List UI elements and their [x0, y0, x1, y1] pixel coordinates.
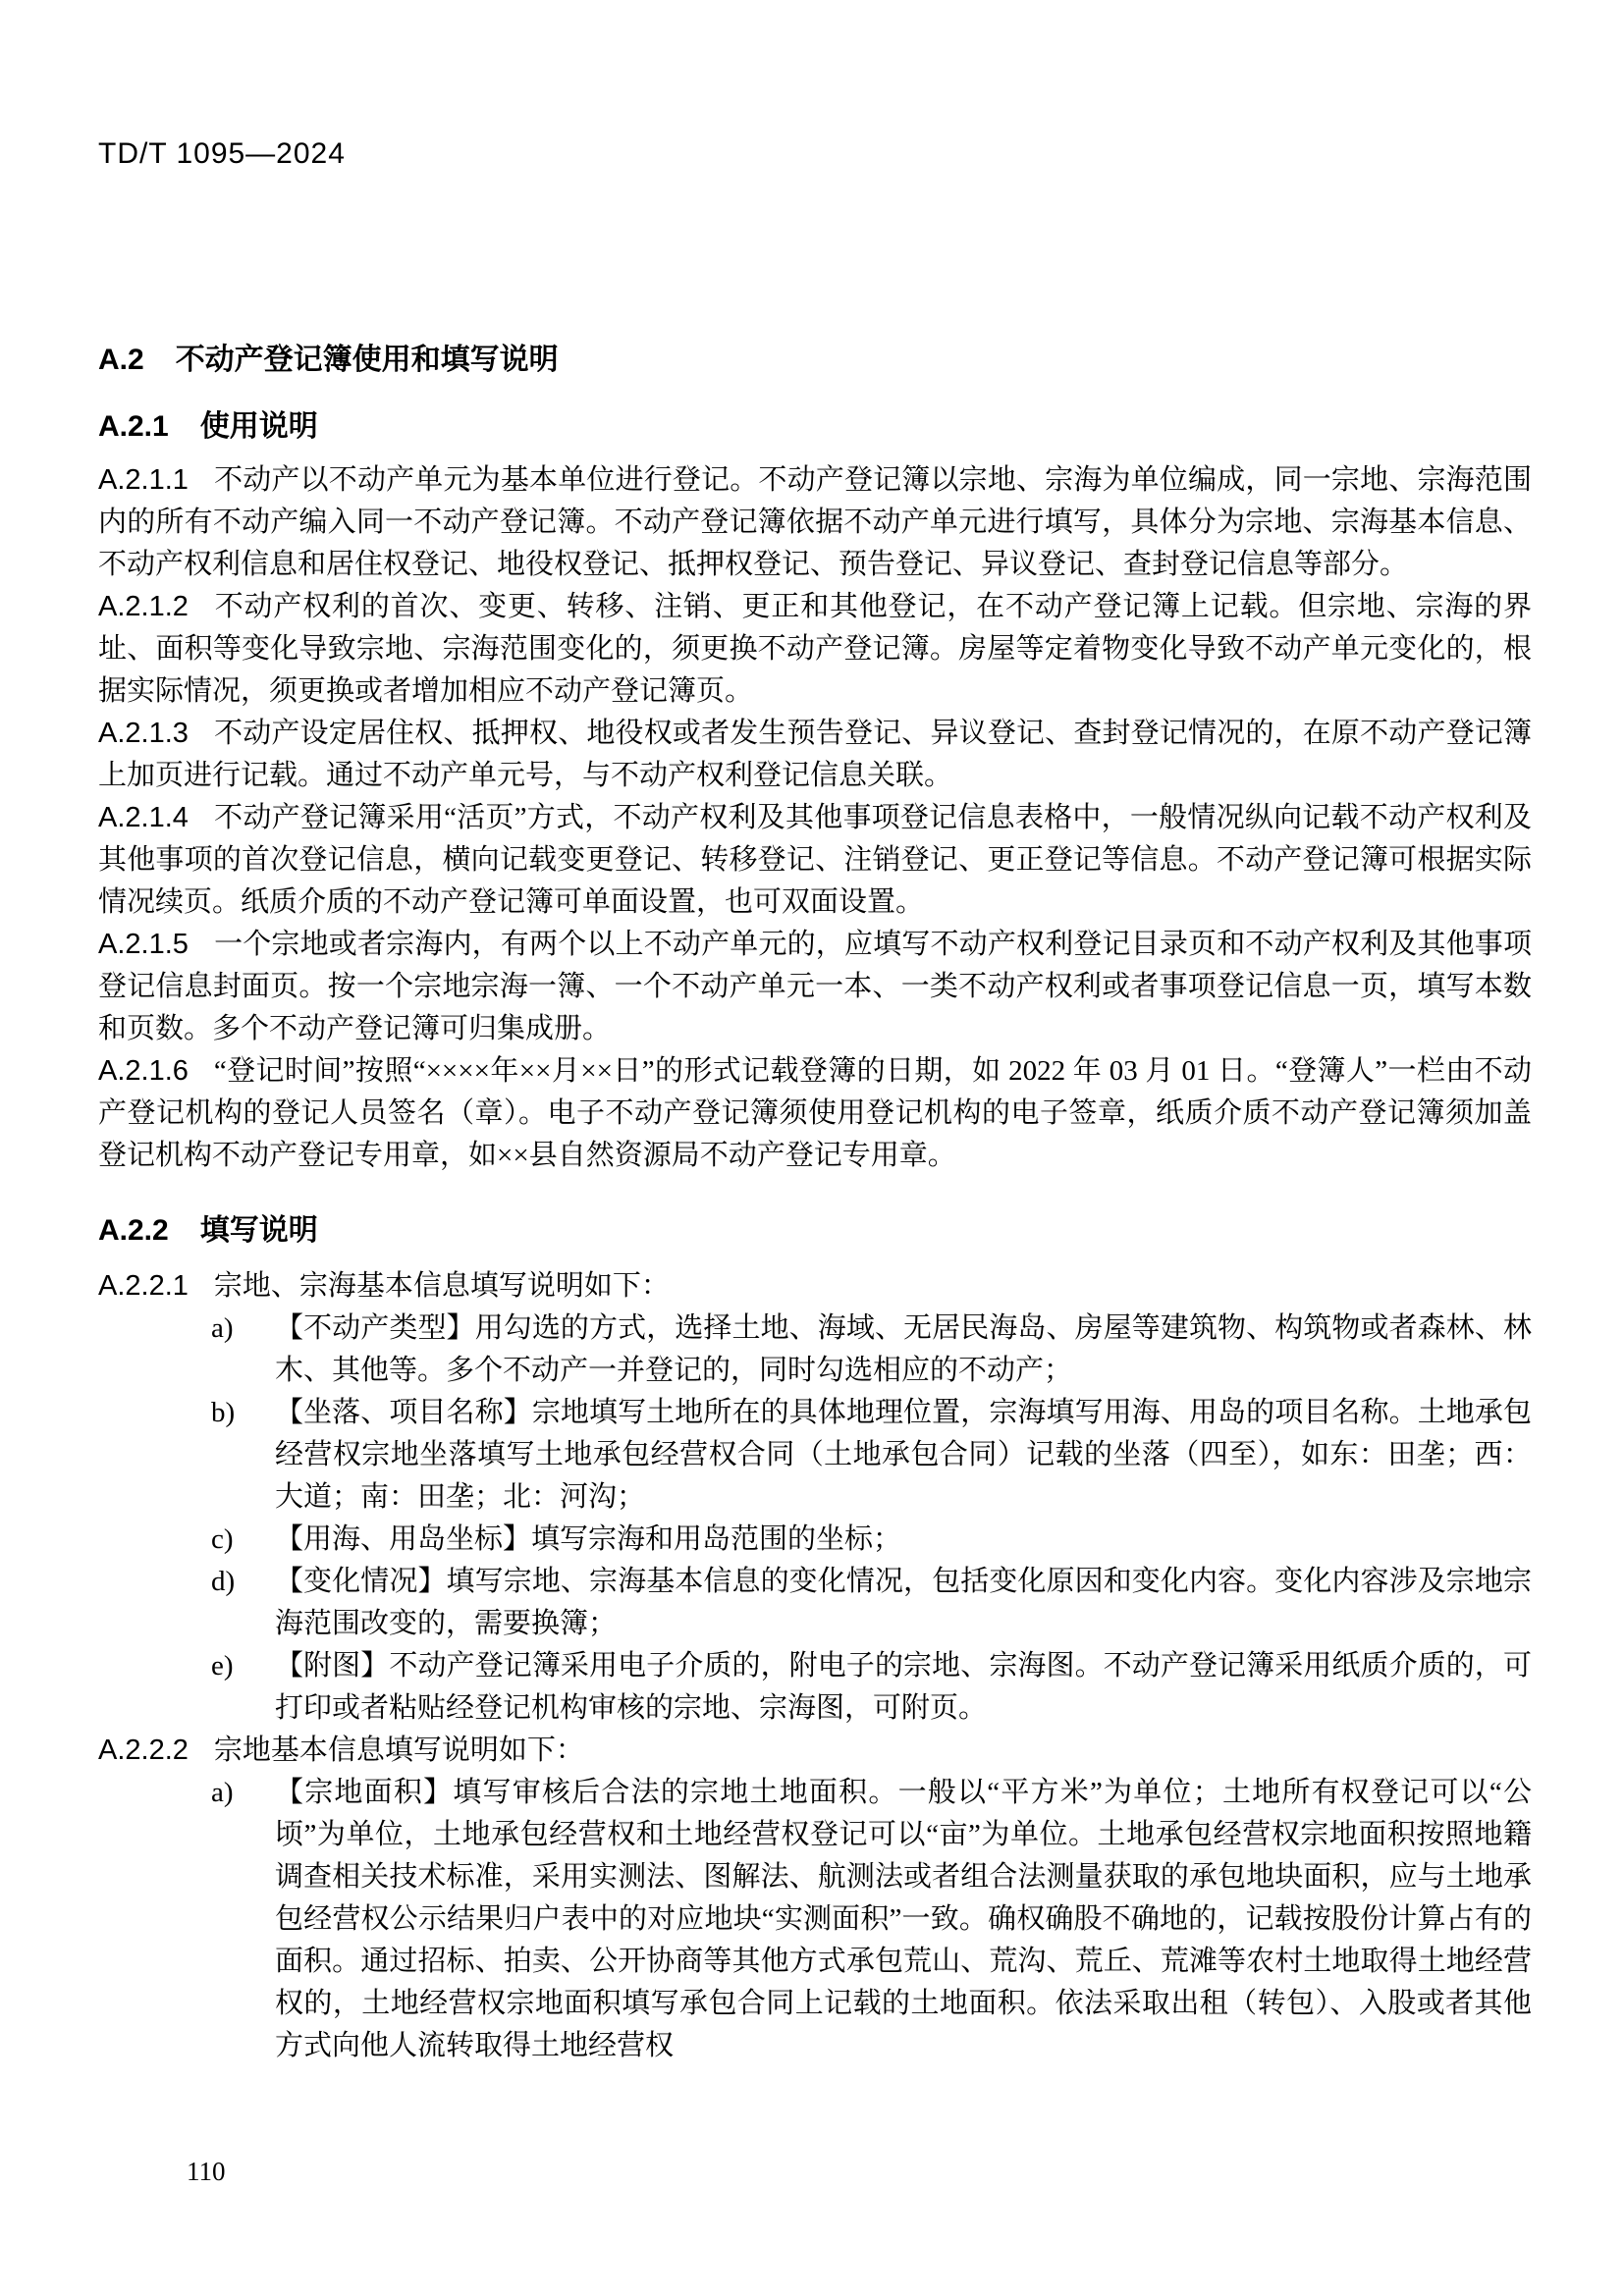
- list-a221: a)【不动产类型】用勾选的方式，选择土地、海域、无居民海岛、房屋等建筑物、构筑物…: [98, 1308, 1532, 1730]
- section-number: A.2: [98, 344, 144, 376]
- list-a222: a)【宗地面积】填写审核后合法的宗地土地面积。一般以“平方米”为单位；土地所有权…: [98, 1772, 1532, 2067]
- list-marker: d): [211, 1561, 235, 1603]
- list-marker: c): [211, 1519, 234, 1561]
- clause-text: 不动产以不动产单元为基本单位进行登记。不动产登记簿以宗地、宗海为单位编成，同一宗…: [98, 464, 1532, 580]
- clause-number: A.2.1.3: [98, 718, 189, 749]
- section-heading-a21: A.2.1使用说明: [98, 404, 1532, 450]
- list-item-text: 【坐落、项目名称】宗地填写土地所在的具体地理位置，宗海填写用海、用岛的项目名称。…: [275, 1397, 1532, 1513]
- section-number: A.2.2: [98, 1214, 169, 1247]
- list-item-text: 【不动产类型】用勾选的方式，选择土地、海域、无居民海岛、房屋等建筑物、构筑物或者…: [275, 1312, 1532, 1386]
- clause-a214: A.2.1.4不动产登记簿采用“活页”方式，不动产权利及其他事项登记信息表格中，…: [98, 797, 1532, 924]
- clause-a216: A.2.1.6“登记时间”按照“××××年××月××日”的形式记载登簿的日期，如…: [98, 1050, 1532, 1177]
- list-item-a: a)【宗地面积】填写审核后合法的宗地土地面积。一般以“平方米”为单位；土地所有权…: [98, 1772, 1532, 2067]
- clause-number: A.2.1.2: [98, 591, 189, 622]
- list-marker: a): [211, 1308, 234, 1350]
- clause-text: 宗地基本信息填写说明如下：: [214, 1735, 584, 1766]
- list-item-a: a)【不动产类型】用勾选的方式，选择土地、海域、无居民海岛、房屋等建筑物、构筑物…: [98, 1308, 1532, 1392]
- list-item-text: 【变化情况】填写宗地、宗海基本信息的变化情况，包括变化原因和变化内容。变化内容涉…: [275, 1566, 1532, 1639]
- clause-a222: A.2.2.2宗地基本信息填写说明如下：: [98, 1730, 1532, 1772]
- section-title: 不动产登记簿使用和填写说明: [176, 344, 559, 376]
- clause-a221: A.2.2.1宗地、宗海基本信息填写说明如下：: [98, 1265, 1532, 1308]
- section-number: A.2.1: [98, 410, 169, 443]
- section-heading-a22: A.2.2填写说明: [98, 1208, 1532, 1254]
- clause-number: A.2.2.1: [98, 1270, 189, 1302]
- clause-text: 不动产设定居住权、抵押权、地役权或者发生预告登记、异议登记、查封登记情况的，在原…: [98, 718, 1532, 791]
- list-item-text: 【附图】不动产登记簿采用电子介质的，附电子的宗地、宗海图。不动产登记簿采用纸质介…: [275, 1650, 1532, 1724]
- clause-text: “登记时间”按照“××××年××月××日”的形式记载登簿的日期，如 2022 年…: [98, 1055, 1532, 1171]
- clause-number: A.2.1.4: [98, 802, 189, 833]
- clause-number: A.2.2.2: [98, 1735, 189, 1766]
- clause-number: A.2.1.6: [98, 1055, 189, 1087]
- clause-text: 不动产登记簿采用“活页”方式，不动产权利及其他事项登记信息表格中，一般情况纵向记…: [98, 802, 1532, 918]
- list-item-text: 【宗地面积】填写审核后合法的宗地土地面积。一般以“平方米”为单位；土地所有权登记…: [275, 1777, 1532, 2061]
- section-title: 使用说明: [200, 410, 318, 443]
- clause-text: 宗地、宗海基本信息填写说明如下：: [214, 1270, 670, 1302]
- list-item-d: d)【变化情况】填写宗地、宗海基本信息的变化情况，包括变化原因和变化内容。变化内…: [98, 1561, 1532, 1645]
- list-marker: a): [211, 1772, 234, 1814]
- clause-a211: A.2.1.1不动产以不动产单元为基本单位进行登记。不动产登记簿以宗地、宗海为单…: [98, 459, 1532, 586]
- clause-text: 一个宗地或者宗海内，有两个以上不动产单元的，应填写不动产权利登记目录页和不动产权…: [98, 929, 1532, 1044]
- page-number: 110: [187, 2156, 226, 2187]
- list-item-text: 【用海、用岛坐标】填写宗海和用岛范围的坐标；: [275, 1523, 901, 1555]
- section-heading-a2: A.2不动产登记簿使用和填写说明: [98, 338, 1532, 383]
- clause-number: A.2.1.1: [98, 464, 189, 496]
- list-marker: e): [211, 1645, 234, 1687]
- clause-number: A.2.1.5: [98, 929, 189, 960]
- section-title: 填写说明: [200, 1214, 318, 1247]
- clause-a212: A.2.1.2不动产权利的首次、变更、转移、注销、更正和其他登记，在不动产登记簿…: [98, 586, 1532, 713]
- clause-a213: A.2.1.3不动产设定居住权、抵押权、地役权或者发生预告登记、异议登记、查封登…: [98, 713, 1532, 797]
- list-item-e: e)【附图】不动产登记簿采用电子介质的，附电子的宗地、宗海图。不动产登记簿采用纸…: [98, 1645, 1532, 1730]
- standard-code: TD/T 1095—2024: [98, 135, 1532, 173]
- list-item-c: c)【用海、用岛坐标】填写宗海和用岛范围的坐标；: [98, 1519, 1532, 1561]
- clause-text: 不动产权利的首次、变更、转移、注销、更正和其他登记，在不动产登记簿上记载。但宗地…: [98, 591, 1532, 707]
- clause-a215: A.2.1.5一个宗地或者宗海内，有两个以上不动产单元的，应填写不动产权利登记目…: [98, 924, 1532, 1050]
- document-page: TD/T 1095—2024 A.2不动产登记簿使用和填写说明 A.2.1使用说…: [0, 0, 1624, 2296]
- list-marker: b): [211, 1392, 235, 1434]
- list-item-b: b)【坐落、项目名称】宗地填写土地所在的具体地理位置，宗海填写用海、用岛的项目名…: [98, 1392, 1532, 1519]
